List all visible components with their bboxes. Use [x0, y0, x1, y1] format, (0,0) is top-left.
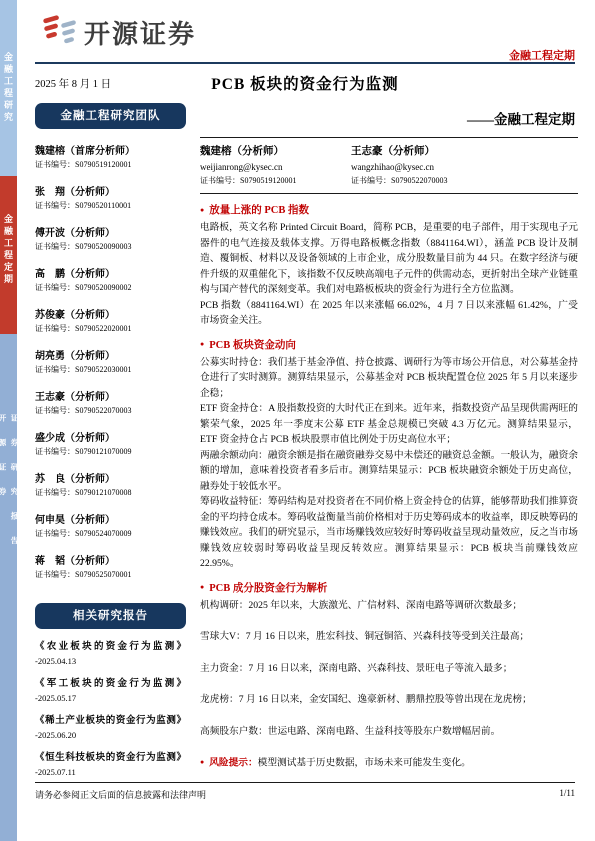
- team-member: 高 鹏（分析师） 证书编号：S0790520090002: [35, 265, 186, 293]
- body-paragraph: 筹码收益特征：筹码结构是对投资者在不同价格上资金持仓的估算，能够帮助我们推算资金…: [200, 494, 578, 572]
- member-name: 盛少成（分析师）: [35, 429, 186, 444]
- team-members: 魏建榕（首席分析师） 证书编号：S0790519120001 张 翔（分析师） …: [35, 142, 186, 580]
- page-footer: 请务必参阅正文后面的信息披露和法律声明 1/11: [35, 782, 575, 801]
- sidebar-label-report-type: 证券研究报告: [9, 414, 20, 841]
- member-name: 苏俊豪（分析师）: [35, 306, 186, 321]
- report-title: 《稀土产业板块的资金行为监测》: [35, 712, 186, 726]
- sidebar-label-series: 金融工程定期: [2, 214, 15, 334]
- team-member: 苏 良（分析师） 证书编号：S0790121070008: [35, 470, 186, 498]
- related-reports-list: 《农业板块的资金行为监测》 -2025.04.13 《军工板块的资金行为监测》 …: [35, 638, 186, 777]
- report-subtitle: ——金融工程定期: [467, 108, 575, 128]
- member-cert: 证书编号：S0790522020001: [35, 323, 186, 334]
- body-paragraph: 雪球大V：7 月 16 日以来，胜宏科技、铜冠铜箔、兴森科技等受到关注最高；: [200, 629, 578, 645]
- analyst-name: 魏建榕（分析师）: [200, 143, 333, 158]
- body-paragraph: PCB 指数（8841164.WI）在 2025 年以来涨幅 66.02%，4 …: [200, 298, 578, 329]
- sidebar: 金融工程研究 金融工程定期 开源证券 证券研究报告: [0, 0, 17, 841]
- related-report-item: 《军工板块的资金行为监测》 -2025.05.17: [35, 675, 186, 703]
- report-title: 《农业板块的资金行为监测》: [35, 638, 186, 652]
- member-cert: 证书编号：S0790520090002: [35, 282, 186, 293]
- member-cert: 证书编号：S0790121070009: [35, 446, 186, 457]
- section-heading-2: ●PCB 板块资金动向: [200, 337, 578, 352]
- page-title: PCB 板块的资金行为监测: [35, 72, 575, 94]
- analyst: 王志豪（分析师） wangzhihao@kysec.cn 证书编号：S07905…: [351, 143, 484, 186]
- sidebar-section-series: 金融工程定期: [0, 176, 17, 334]
- section-heading-1: ●放量上涨的 PCB 指数: [200, 202, 578, 217]
- member-name: 胡亮勇（分析师）: [35, 347, 186, 362]
- analyst-cert: 证书编号：S0790519120001: [200, 175, 333, 186]
- page-number: 1/11: [559, 788, 575, 801]
- section-bullet-icon: ●: [200, 206, 204, 214]
- risk-text: 模型测试基于历史数据，市场未来可能发生变化。: [258, 758, 471, 769]
- related-report-item: 《恒生科技板块的资金行为监测》 -2025.07.11: [35, 749, 186, 777]
- member-name: 张 翔（分析师）: [35, 183, 186, 198]
- member-cert: 证书编号：S0790522030001: [35, 364, 186, 375]
- team-member: 苏俊豪（分析师） 证书编号：S0790522020001: [35, 306, 186, 334]
- report-title: 《军工板块的资金行为监测》: [35, 675, 186, 689]
- analyst-email: wangzhihao@kysec.cn: [351, 162, 484, 172]
- body-paragraph: 龙虎榜：7 月 16 日以来，金安国纪、逸豪新材、鹏鼎控股等曾出现在龙虎榜；: [200, 692, 578, 708]
- report-page: 金融工程研究 金融工程定期 开源证券 证券研究报告 开源证券 金融工程定期 20…: [0, 0, 595, 841]
- risk-label: 风险提示：: [209, 758, 257, 769]
- kaiyuan-securities-logo-icon: [42, 13, 78, 51]
- team-member: 盛少成（分析师） 证书编号：S0790121070009: [35, 429, 186, 457]
- team-member: 张 翔（分析师） 证书编号：S0790520110001: [35, 183, 186, 211]
- sidebar-section-brand: 开源证券 证券研究报告: [0, 334, 17, 841]
- member-cert: 证书编号：S0790519120001: [35, 159, 186, 170]
- body-paragraph: 两融余额动向：融资余额是指在融资融券交易中未偿还的融资总金额。一般认为，融资余额…: [200, 448, 578, 495]
- section-paragraphs-2: 公募实时持仓：我们基于基金净值、持仓披露、调研行为等市场公开信息，对公募基金持仓…: [200, 355, 578, 572]
- related-reports-header: 相关研究报告: [35, 603, 186, 629]
- member-name: 苏 良（分析师）: [35, 470, 186, 485]
- team-member: 蒋 韬（分析师） 证书编号：S0790525070001: [35, 552, 186, 580]
- analyst-block: 魏建榕（分析师） weijianrong@kysec.cn 证书编号：S0790…: [200, 137, 578, 194]
- member-cert: 证书编号：S0790121070008: [35, 487, 186, 498]
- member-name: 蒋 韬（分析师）: [35, 552, 186, 567]
- company-logo: 开源证券: [42, 13, 196, 51]
- team-member: 王志豪（分析师） 证书编号：S0790522070003: [35, 388, 186, 416]
- team-member: 傅开波（分析师） 证书编号：S0790520090003: [35, 224, 186, 252]
- section-heading-3: ●PCB 成分股资金行为解析: [200, 580, 578, 595]
- related-report-item: 《农业板块的资金行为监测》 -2025.04.13: [35, 638, 186, 666]
- analyst: 魏建榕（分析师） weijianrong@kysec.cn 证书编号：S0790…: [200, 143, 333, 186]
- section-paragraphs-1: 电路板，英文名称 Printed Circuit Board，简称 PCB，是重…: [200, 220, 578, 329]
- related-report-item: 《稀土产业板块的资金行为监测》 -2025.06.20: [35, 712, 186, 740]
- body-paragraph: 电路板，英文名称 Printed Circuit Board，简称 PCB，是重…: [200, 220, 578, 298]
- sidebar-section-research: 金融工程研究: [0, 0, 17, 176]
- member-name: 魏建榕（首席分析师）: [35, 142, 186, 157]
- body-paragraph: 机构调研：2025 年以来，大族激光、广信材料、深南电路等调研次数最多；: [200, 598, 578, 614]
- analyst-cert: 证书编号：S0790522070003: [351, 175, 484, 186]
- body-paragraph: 主力资金：7 月 16 日以来，深南电路、兴森科技、景旺电子等流入最多；: [200, 661, 578, 677]
- member-name: 高 鹏（分析师）: [35, 265, 186, 280]
- risk-note: ●风险提示：模型测试基于历史数据，市场未来可能发生变化。: [200, 755, 578, 771]
- sidebar-label-research: 金融工程研究: [2, 52, 15, 176]
- main-column: 魏建榕（分析师） weijianrong@kysec.cn 证书编号：S0790…: [200, 137, 578, 781]
- section-bullet-icon: ●: [200, 583, 204, 591]
- body-paragraph: ETF 资金持仓：A 股指数投资的大时代正在到来。近年来，指数投资产品呈现供需两…: [200, 401, 578, 448]
- series-label-top: 金融工程定期: [509, 47, 575, 63]
- report-item-date: -2025.07.11: [35, 767, 186, 777]
- report-title: 《恒生科技板块的资金行为监测》: [35, 749, 186, 763]
- header-divider: [35, 62, 575, 64]
- member-cert: 证书编号：S0790520090003: [35, 241, 186, 252]
- section-heading-text: 放量上涨的 PCB 指数: [209, 205, 309, 216]
- report-item-date: -2025.05.17: [35, 693, 186, 703]
- member-cert: 证书编号：S0790524070009: [35, 528, 186, 539]
- analyst-name: 王志豪（分析师）: [351, 143, 484, 158]
- member-cert: 证书编号：S0790525070001: [35, 569, 186, 580]
- team-member: 魏建榕（首席分析师） 证书编号：S0790519120001: [35, 142, 186, 170]
- risk-bullet-icon: ●: [200, 758, 204, 766]
- analyst-email: weijianrong@kysec.cn: [200, 162, 333, 172]
- body-paragraph: 公募实时持仓：我们基于基金净值、持仓披露、调研行为等市场公开信息，对公募基金持仓…: [200, 355, 578, 402]
- section-bullet-icon: ●: [200, 340, 204, 348]
- left-column: 金融工程研究团队 魏建榕（首席分析师） 证书编号：S0790519120001 …: [35, 103, 186, 777]
- body-paragraph: 高频股东户数：世运电路、深南电路、生益科技等股东户数增幅居前。: [200, 724, 578, 740]
- section-heading-text: PCB 成分股资金行为解析: [209, 583, 327, 594]
- sidebar-label-brand: 开源证券: [0, 414, 8, 841]
- member-name: 何申昊（分析师）: [35, 511, 186, 526]
- company-name: 开源证券: [84, 14, 196, 51]
- member-name: 傅开波（分析师）: [35, 224, 186, 239]
- team-member: 胡亮勇（分析师） 证书编号：S0790522030001: [35, 347, 186, 375]
- team-member: 何申昊（分析师） 证书编号：S0790524070009: [35, 511, 186, 539]
- team-header: 金融工程研究团队: [35, 103, 186, 129]
- member-name: 王志豪（分析师）: [35, 388, 186, 403]
- footer-disclaimer: 请务必参阅正文后面的信息披露和法律声明: [35, 788, 206, 801]
- section-heading-text: PCB 板块资金动向: [209, 340, 296, 351]
- section-paragraphs-3: 机构调研：2025 年以来，大族激光、广信材料、深南电路等调研次数最多；雪球大V…: [200, 598, 578, 740]
- report-item-date: -2025.04.13: [35, 656, 186, 666]
- member-cert: 证书编号：S0790522070003: [35, 405, 186, 416]
- member-cert: 证书编号：S0790520110001: [35, 200, 186, 211]
- report-item-date: -2025.06.20: [35, 730, 186, 740]
